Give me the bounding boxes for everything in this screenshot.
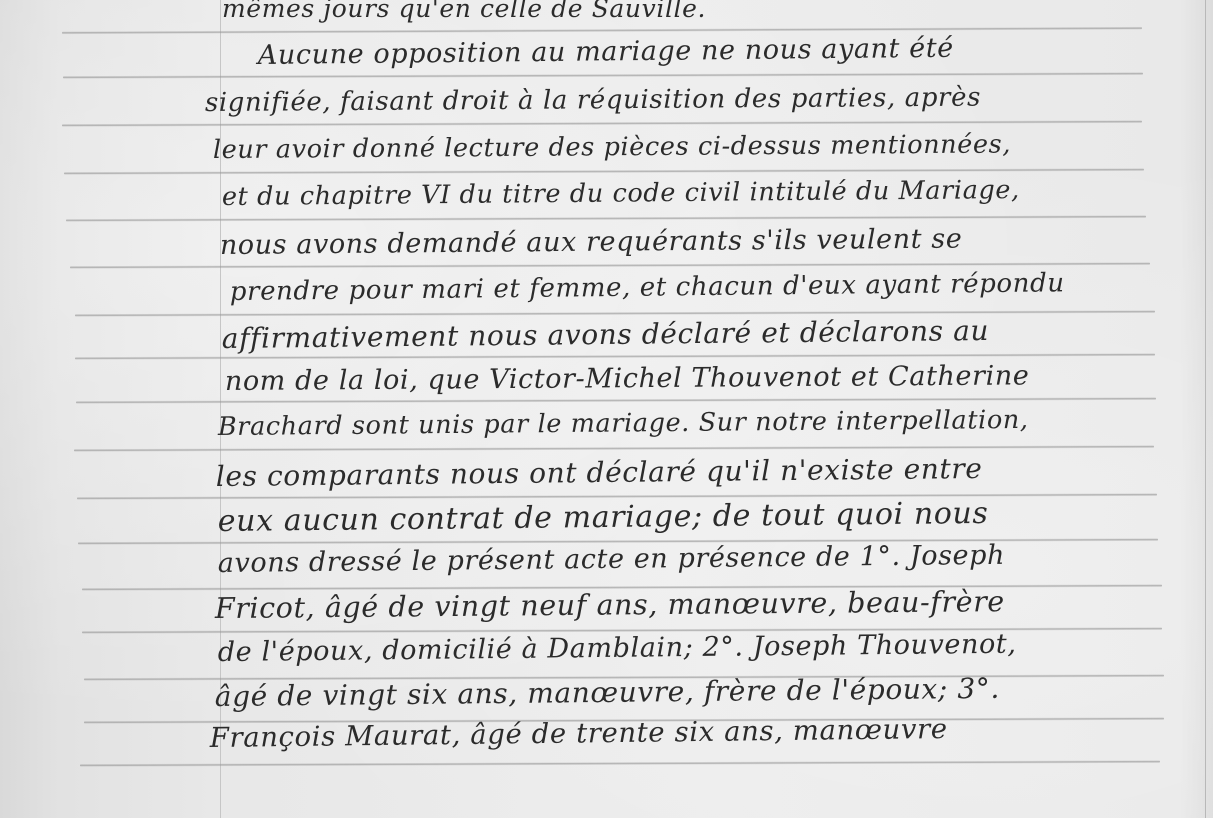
text-line-8: affirmativement nous avons déclaré et dé… <box>222 314 990 355</box>
text-line-12: eux aucun contrat de mariage; de tout qu… <box>218 496 989 539</box>
text-line-6: nous avons demandé aux requérants s'ils … <box>220 224 963 261</box>
ruled-line <box>64 168 1144 175</box>
text-line-1: mêmes jours qu'en celle de Sauville. <box>222 0 706 23</box>
ruled-line <box>66 215 1146 222</box>
ruled-line <box>62 27 1142 35</box>
text-line-14: Fricot, âgé de vingt neuf ans, manœuvre,… <box>215 585 1005 625</box>
text-line-11: les comparants nous ont déclaré qu'il n'… <box>216 452 983 493</box>
text-line-3: signifiée, faisant droit à la réquisitio… <box>205 83 981 118</box>
ruled-line <box>62 120 1142 127</box>
right-page-edge-line <box>1205 0 1206 818</box>
ruled-line <box>74 445 1154 452</box>
text-line-7: prendre pour mari et femme, et chacun d'… <box>230 268 1065 307</box>
text-line-13: avons dressé le présent acte en présence… <box>218 540 1006 579</box>
text-line-10: Brachard sont unis par le mariage. Sur n… <box>218 405 1029 442</box>
text-line-2: Aucune opposition au mariage ne nous aya… <box>258 33 954 71</box>
text-line-16: âgé de vingt six ans, manœuvre, frère de… <box>215 672 1000 713</box>
text-line-9: nom de la loi, que Victor-Michel Thouven… <box>225 360 1030 397</box>
text-line-15: de l'époux, domicilié à Damblain; 2°. Jo… <box>218 629 1017 668</box>
ruled-line <box>80 760 1160 767</box>
ruled-line <box>70 262 1150 269</box>
ruled-line <box>76 397 1156 404</box>
ruled-line <box>75 310 1155 317</box>
register-page: mêmes jours qu'en celle de Sauville. Auc… <box>0 0 1213 818</box>
text-line-4: leur avoir donné lecture des pièces ci-d… <box>213 129 1011 165</box>
ruled-line <box>63 72 1143 79</box>
text-line-5: et du chapitre VI du titre du code civil… <box>222 175 1020 212</box>
